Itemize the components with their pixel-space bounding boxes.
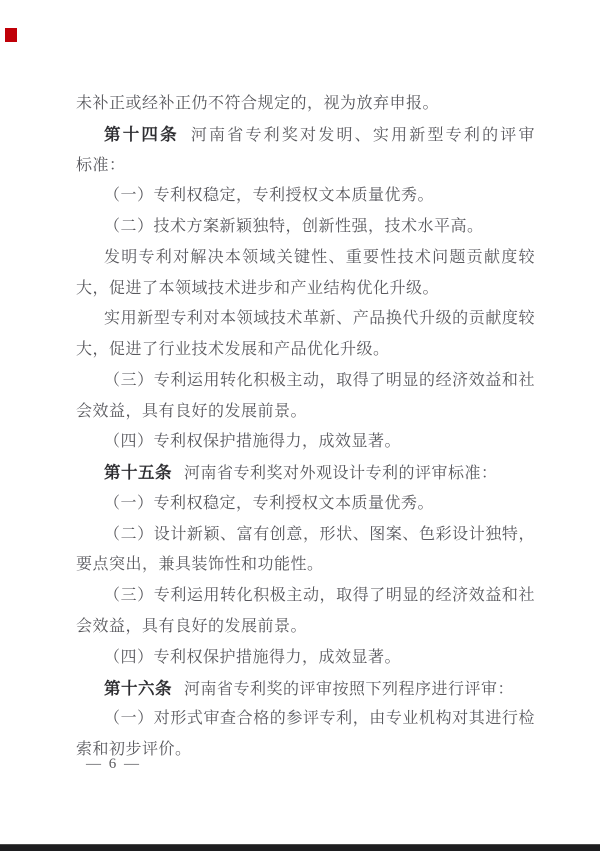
article-15-text: 河南省专利奖对外观设计专利的评审标准： [184, 465, 498, 482]
article-14-heading-line: 第十四条河南省专利奖对发明、实用新型专利的评审 [76, 120, 535, 151]
paragraph-line: 大，促进了行业技术发展和产品优化升级。 [76, 335, 535, 366]
paragraph-line: 未补正或经补正仍不符合规定的，视为放弃申报。 [76, 89, 535, 120]
list-item-line: （四）专利权保护措施得力，成效显著。 [76, 643, 535, 674]
paragraph-line: 要点突出，兼具装饰性和功能性。 [76, 550, 535, 581]
article-15-label: 第十五条 [104, 464, 172, 482]
article-16-heading-line: 第十六条河南省专利奖的评审按照下列程序进行评审： [76, 674, 535, 705]
article-14-text: 河南省专利奖对发明、实用新型专利的评审 [191, 127, 535, 144]
paragraph-line: 实用新型专利对本领域技术革新、产品换代升级的贡献度较 [76, 304, 535, 335]
paragraph-line: 大，促进了本领域技术进步和产业结构优化升级。 [76, 274, 535, 305]
list-item-line: （二）设计新颖、富有创意，形状、图案、色彩设计独特， [76, 520, 535, 551]
article-15-heading-line: 第十五条河南省专利奖对外观设计专利的评审标准： [76, 458, 535, 489]
list-item-line: （三）专利运用转化积极主动，取得了明显的经济效益和社 [76, 366, 535, 397]
document-body: 未补正或经补正仍不符合规定的，视为放弃申报。 第十四条河南省专利奖对发明、实用新… [76, 89, 535, 766]
article-14-label: 第十四条 [104, 126, 179, 144]
list-item-line: （一）对形式审查合格的参评专利，由专业机构对其进行检 [76, 704, 535, 735]
list-item-line: （三）专利运用转化积极主动，取得了明显的经济效益和社 [76, 581, 535, 612]
red-stamp-mark-icon [5, 28, 17, 42]
list-item-line: （四）专利权保护措施得力，成效显著。 [76, 427, 535, 458]
paragraph-line: 标准： [76, 151, 535, 182]
document-page: 未补正或经补正仍不符合规定的，视为放弃申报。 第十四条河南省专利奖对发明、实用新… [0, 0, 600, 851]
article-16-label: 第十六条 [104, 680, 172, 698]
list-item-line: （一）专利权稳定，专利授权文本质量优秀。 [76, 181, 535, 212]
bottom-edge-bar [0, 844, 600, 851]
paragraph-line: 会效益，具有良好的发展前景。 [76, 397, 535, 428]
paragraph-line: 发明专利对解决本领域关键性、重要性技术问题贡献度较 [76, 243, 535, 274]
paragraph-line: 会效益，具有良好的发展前景。 [76, 612, 535, 643]
page-number: — 6 — [86, 756, 141, 773]
list-item-line: （二）技术方案新颖独特，创新性强，技术水平高。 [76, 212, 535, 243]
article-16-text: 河南省专利奖的评审按照下列程序进行评审： [184, 681, 514, 698]
paragraph-line: 索和初步评价。 [76, 735, 535, 766]
list-item-line: （一）专利权稳定，专利授权文本质量优秀。 [76, 489, 535, 520]
